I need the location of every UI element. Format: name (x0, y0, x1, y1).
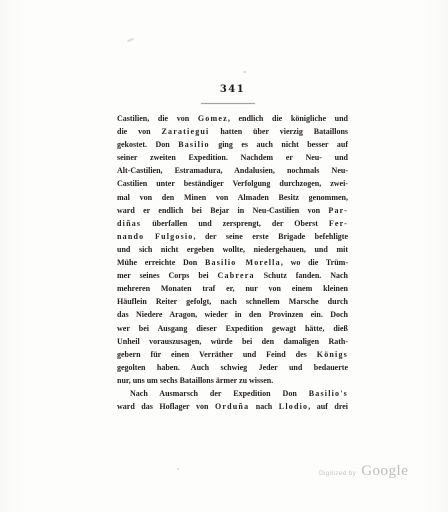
letterspaced-name: Basilio Morella (205, 258, 281, 267)
text-line: seiner zweiten Expedition. Nachdem er Ne… (117, 151, 348, 164)
text-line: ward das Hoflager von Orduña nach Llodio… (117, 400, 348, 413)
scan-speck (244, 71, 246, 73)
text-segment: mehreren Monaten traf er, nur von einem … (117, 284, 348, 293)
text-segment: das Niedere Aragon, wieder in den Provin… (117, 310, 348, 319)
text-segment: und sich nicht ergeben wollte, niedergeh… (117, 245, 348, 254)
text-segment: Nach Ausmarsch der Expedition Don (130, 389, 309, 398)
text-line: wer bei Ausgang dieser Expedition gewagt… (117, 322, 348, 335)
text-segment: ging es auch nicht besser auf (210, 140, 348, 149)
text-line: mal von den Minen von Almaden Besitz gen… (117, 191, 348, 204)
text-segment: hatten über vierzig Bataillons (209, 127, 348, 136)
text-segment: mal von den Minen von Almaden Besitz gen… (117, 193, 348, 202)
scan-speck (177, 468, 179, 470)
text-line: Alt-Castilien, Estramadura, Andalusien, … (117, 164, 348, 177)
text-segment: die von (117, 127, 161, 136)
letterspaced-name: Basilio's (309, 389, 348, 398)
letterspaced-name: Par- (328, 206, 348, 215)
text-line: Castilien, die von Gomez, endlich die kö… (117, 112, 348, 125)
text-segment: seiner zweiten Expedition. Nachdem er Ne… (117, 153, 348, 162)
text-line: diñas überfallen und zersprengt, der Obe… (117, 217, 348, 230)
text-line: gekostet. Don Basilio ging es auch nicht… (117, 138, 348, 151)
text-line: Unheil vorauszusagen, würde bei den dama… (117, 335, 348, 348)
text-segment: , endlich die königliche und (228, 114, 348, 123)
letterspaced-name: diñas (117, 219, 141, 228)
letterspaced-name: Gomez (198, 114, 228, 123)
letterspaced-name: Cabrera (218, 271, 255, 280)
text-segment: gebern für einen Verräther und Feind des (117, 350, 317, 359)
letterspaced-name: Königs (317, 350, 348, 359)
text-line: gebern für einen Verräther und Feind des… (117, 348, 348, 361)
text-segment: , auf drei (308, 402, 348, 411)
text-line: die von Zaratiegui hatten über vierzig B… (117, 125, 348, 138)
text-segment: Schutz fanden. Nach (255, 271, 348, 280)
text-segment: Castilien unter beständiger Verfolgung d… (117, 179, 348, 188)
text-line: Nach Ausmarsch der Expedition Don Basili… (117, 387, 348, 400)
text-segment: nach (249, 402, 279, 411)
text-line: Mühe erreichte Don Basilio Morella, wo d… (117, 256, 348, 269)
text-segment: überfallen und zersprengt, der Oberst (141, 219, 329, 228)
text-segment: Häuflein Reiter gefolgt, nach schnellem … (117, 297, 348, 306)
text-segment: gegolten haben. Auch schwieg Jeder und b… (117, 363, 348, 372)
text-line: ward er endlich bei Bejar in Neu-Castili… (117, 204, 348, 217)
letterspaced-name: Basilio (178, 140, 210, 149)
text-line: mehreren Monaten traf er, nur von einem … (117, 282, 348, 295)
text-line: Castilien unter beständiger Verfolgung d… (117, 177, 348, 190)
page-number-divider (201, 103, 255, 104)
text-line: mer seines Corps bei Cabrera Schutz fand… (117, 269, 348, 282)
text-line: nando Fulgosio, der seine erste Brigade … (117, 230, 348, 243)
text-block: Castilien, die von Gomez, endlich die kö… (117, 112, 348, 413)
letterspaced-name: Orduña (215, 402, 249, 411)
letterspaced-name: nando Fulgosio (117, 232, 194, 241)
text-segment: , wo die Trüm- (281, 258, 348, 267)
text-segment: Mühe erreichte Don (117, 258, 205, 267)
text-segment: wer bei Ausgang dieser Expedition gewagt… (117, 324, 348, 333)
text-line: nur, uns um sechs Bataillons ärmer zu wi… (117, 374, 348, 387)
text-line: und sich nicht ergeben wollte, niedergeh… (117, 243, 348, 256)
text-segment: nur, uns um sechs Bataillons ärmer zu wi… (117, 376, 273, 385)
text-segment: mer seines Corps bei (117, 271, 218, 280)
scan-speck (127, 38, 134, 43)
page-number: 341 (117, 84, 348, 95)
text-segment: , der seine erste Brigade befehligte (194, 232, 348, 241)
text-line: gegolten haben. Auch schwieg Jeder und b… (117, 361, 348, 374)
letterspaced-name: Zaratiegui (161, 127, 209, 136)
letterspaced-name: Fer- (329, 219, 348, 228)
text-line: das Niedere Aragon, wieder in den Provin… (117, 308, 348, 321)
watermark-prefix: Digitized by (319, 470, 356, 477)
scanned-book-page: 341 Castilien, die von Gomez, endlich di… (0, 0, 448, 512)
text-segment: ward er endlich bei Bejar in Neu-Castili… (117, 206, 328, 215)
text-segment: Alt-Castilien, Estramadura, Andalusien, … (117, 166, 348, 175)
text-segment: Unheil vorauszusagen, würde bei den dama… (117, 337, 348, 346)
text-segment: gekostet. Don (117, 140, 178, 149)
digitized-by-google-watermark: Digitized by Google (319, 463, 408, 480)
text-segment: Castilien, die von (117, 114, 198, 123)
google-logo: Google (361, 463, 408, 480)
letterspaced-name: Llodio (279, 402, 308, 411)
text-line: Häuflein Reiter gefolgt, nach schnellem … (117, 295, 348, 308)
text-segment: ward das Hoflager von (117, 402, 215, 411)
